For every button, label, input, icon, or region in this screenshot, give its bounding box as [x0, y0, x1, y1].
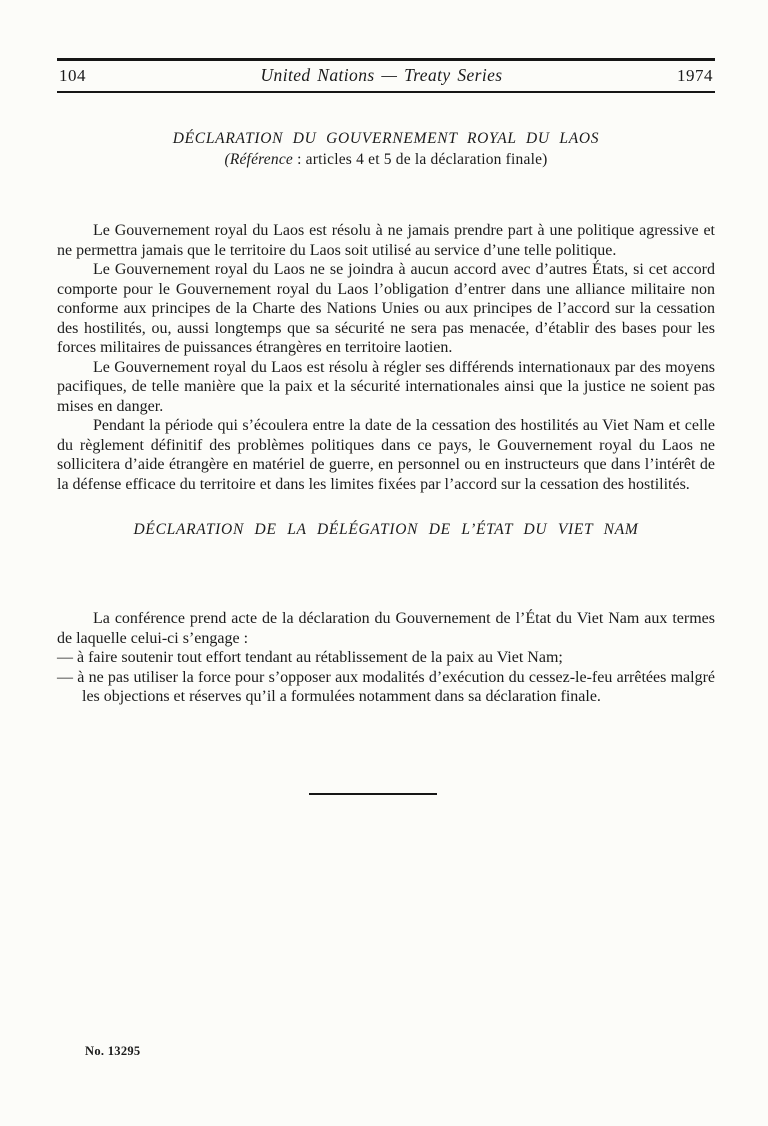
page-header: 104 United Nations — Treaty Series 1974 [57, 58, 715, 93]
paragraph: Le Gouvernement royal du Laos est résolu… [57, 358, 715, 417]
treaty-number: No. 13295 [85, 1044, 140, 1059]
section1-title: DÉCLARATION DU GOUVERNEMENT ROYAL DU LAO… [57, 129, 715, 148]
paragraph: Pendant la période qui s’écoulera entre … [57, 416, 715, 494]
section2-title: DÉCLARATION DE LA DÉLÉGATION DE L’ÉTAT D… [57, 520, 715, 539]
subtitle-reference-label: (Référence [224, 151, 293, 168]
document-page: 104 United Nations — Treaty Series 1974 … [0, 0, 768, 1126]
subtitle-reference-detail: : articles 4 et 5 de la déclaration fina… [293, 151, 548, 168]
section1-subtitle: (Référence : articles 4 et 5 de la décla… [57, 150, 715, 169]
section-divider [309, 793, 437, 795]
declaration-item: — à ne pas utiliser la force pour s’oppo… [57, 668, 715, 707]
paragraph: Le Gouvernement royal du Laos ne se join… [57, 260, 715, 358]
series-title: United Nations — Treaty Series [261, 65, 503, 86]
paragraph: Le Gouvernement royal du Laos est résolu… [57, 221, 715, 260]
page-content: 104 United Nations — Treaty Series 1974 … [57, 58, 715, 795]
section1-body: Le Gouvernement royal du Laos est résolu… [57, 221, 715, 494]
header-year: 1974 [677, 66, 713, 86]
declaration-item: — à faire soutenir tout effort tendant a… [57, 648, 715, 668]
declaration-list: — à faire soutenir tout effort tendant a… [57, 648, 715, 707]
page-number: 104 [59, 66, 86, 86]
section2-body: La conférence prend acte de la déclarati… [57, 609, 715, 707]
paragraph: La conférence prend acte de la déclarati… [57, 609, 715, 648]
